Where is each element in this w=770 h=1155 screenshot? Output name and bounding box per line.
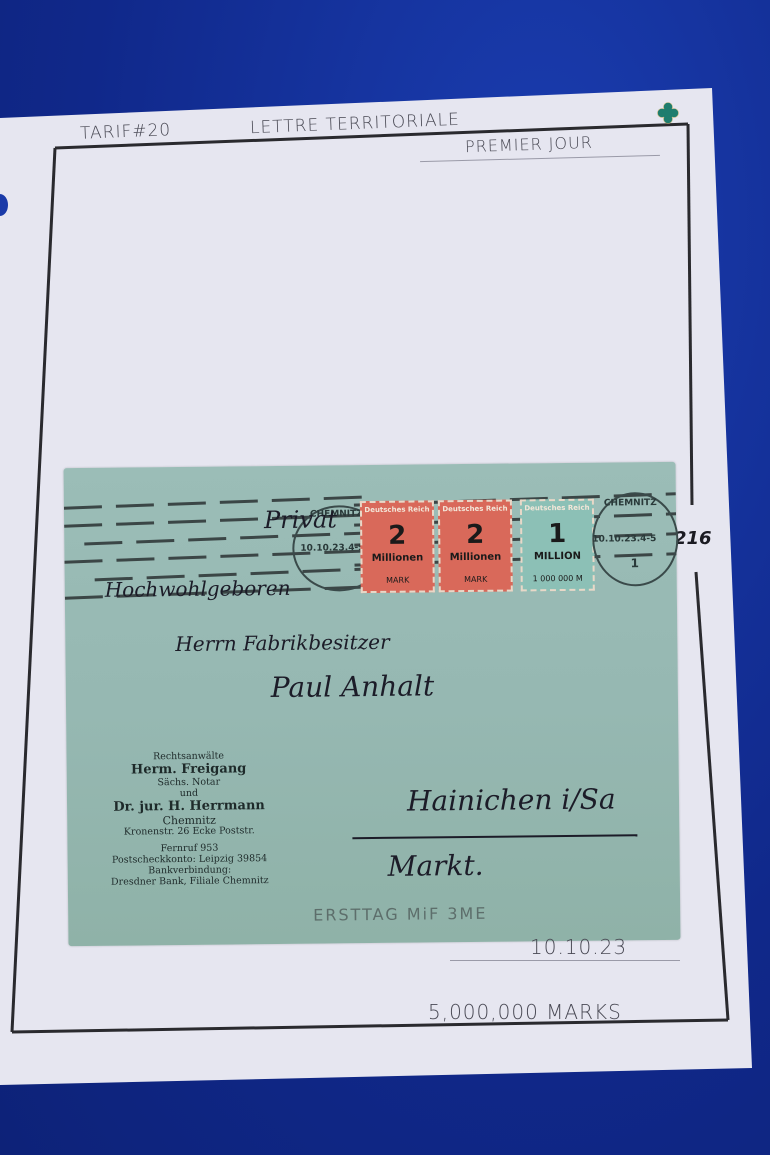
page-number: 216 (674, 528, 712, 549)
tarif-label: TARIF#20 (80, 120, 172, 144)
stamp-1-million: Deutsches Reich 1 MILLION 1 000 000 M (520, 499, 595, 592)
pencil-note: ERSTTAG MiF 3ME (313, 904, 487, 925)
stamp-word: Millionen (440, 552, 510, 564)
postal-cover: CHEMNITZ 10.10.23.4-5 Deutsches Reich 2 … (64, 462, 681, 946)
stamp-header: Deutsches Reich (362, 505, 432, 514)
postmark-right-city: CHEMNITZ (604, 498, 657, 509)
postmark-right-office: 1 (630, 556, 639, 570)
date-note: 10.10.23 (530, 935, 627, 959)
stamp-value: 1 (522, 519, 592, 550)
addressee-title: Herrn Fabrikbesitzer (175, 630, 389, 656)
privat-annotation: Privat (264, 505, 337, 534)
stamp-word: MILLION (522, 551, 592, 563)
salutation: Hochwohlgeboren (105, 576, 291, 602)
stamp-header: Deutsches Reich (522, 504, 592, 513)
album-page: TARIF#20 LETTRE TERRITORIALE PREMIER JOU… (0, 0, 770, 1155)
sender-letterhead: Rechtsanwälte Herm. Freigang Sächs. Nota… (88, 751, 289, 889)
addressee-name: Paul Anhalt (271, 669, 435, 704)
green-cross-corner-mount-icon (657, 102, 679, 124)
stamp-header: Deutsches Reich (440, 505, 510, 514)
stamp-value: 2 (440, 520, 510, 551)
stamp-value: 2 (362, 520, 432, 551)
stamp-sub: MARK (441, 575, 511, 585)
value-note: 5,000,000 MARKS (428, 1000, 622, 1024)
postmark-left-date: 10.10.23.4-5 (300, 543, 364, 554)
stamp-2-millionen-2: Deutsches Reich 2 Millionen MARK (438, 500, 513, 593)
destination-street: Markt. (388, 849, 484, 883)
sender-line: Dresdner Bank, Filiale Chemnitz (90, 876, 290, 889)
stamp-2-millionen-1: Deutsches Reich 2 Millionen MARK (360, 500, 435, 593)
stamp-sub: 1 000 000 M (523, 574, 593, 584)
stamp-word: Millionen (362, 552, 432, 564)
postmark-right-date: 10.10.23.4-5 (592, 534, 656, 545)
destination-city: Hainichen i/Sa (407, 782, 616, 817)
date-underline (450, 960, 680, 961)
stamp-sub: MARK (363, 575, 433, 585)
